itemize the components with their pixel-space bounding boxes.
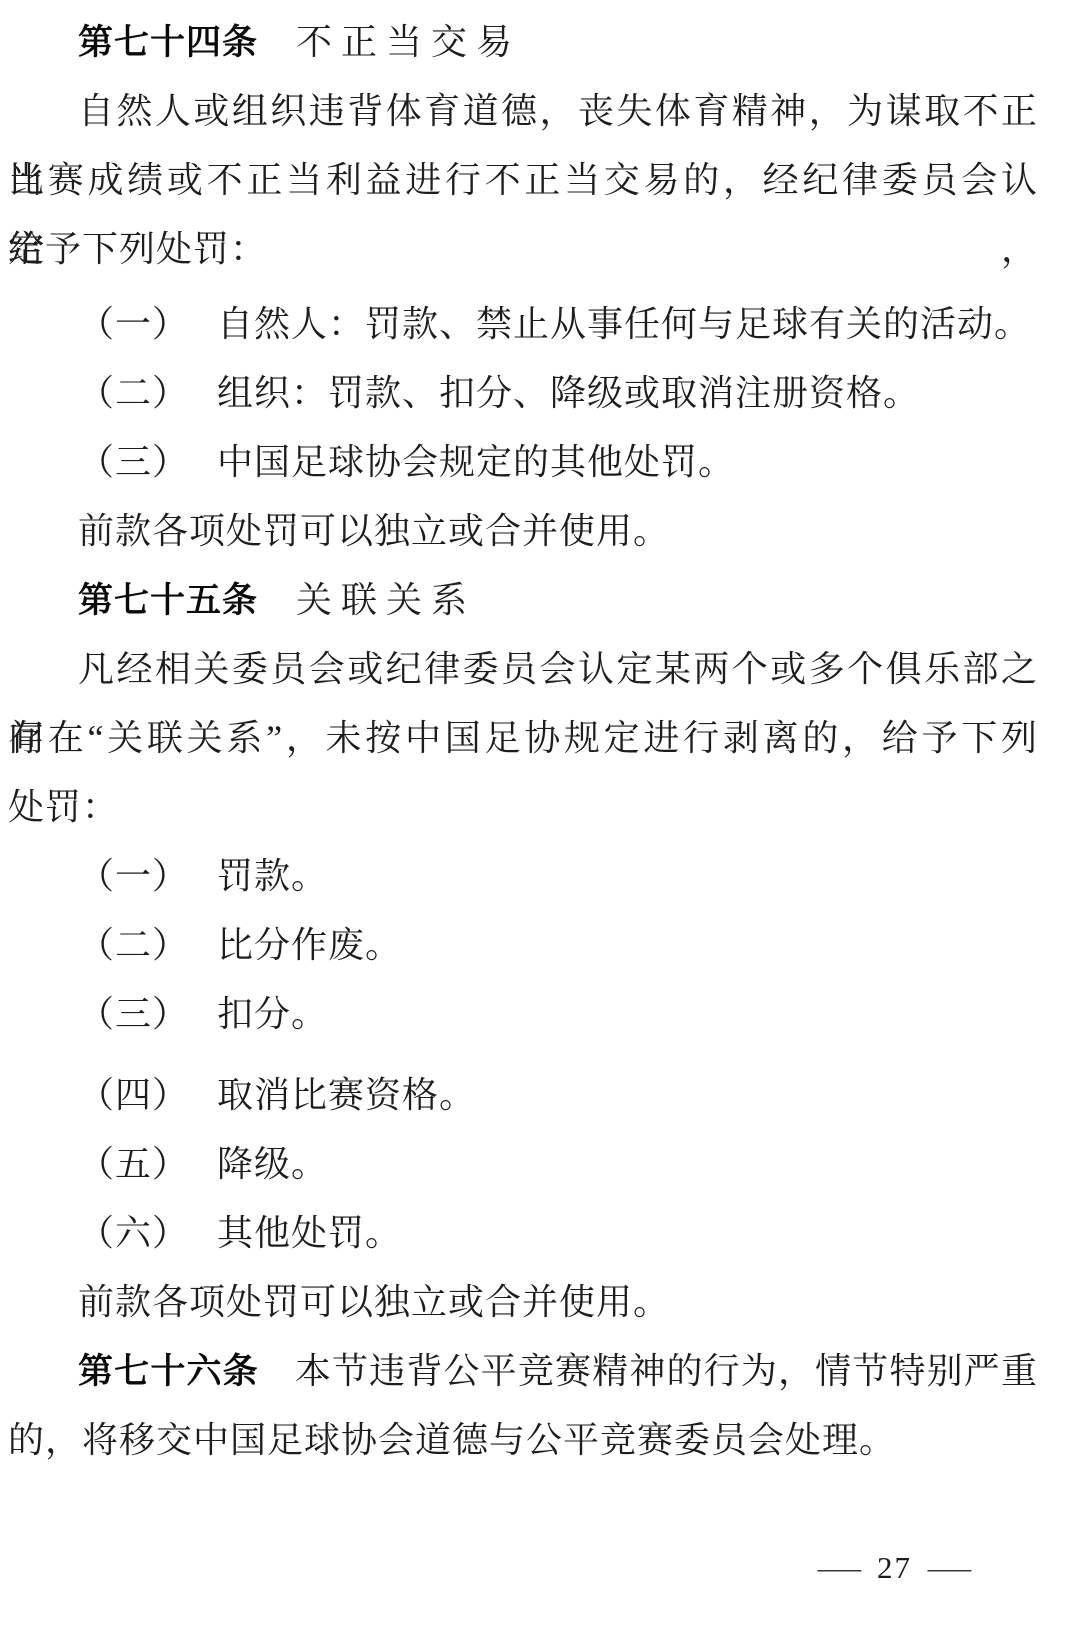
- item-text: 中国足球协会规定的其他处罚。: [217, 442, 735, 482]
- article-74-title: 不正当交易: [296, 22, 521, 62]
- item-text: 取消比赛资格。: [217, 1075, 476, 1115]
- item-text: 扣分。: [217, 994, 328, 1034]
- item-marker: （五）: [78, 1144, 189, 1184]
- article-74-number: 第七十四条: [78, 23, 258, 62]
- article-75-item-3: （三）扣分。: [8, 980, 1038, 1049]
- article-74-closing-line: 前款各项处罚可以独立或合并使用。: [8, 497, 1038, 566]
- item-text: 比分作废。: [217, 925, 402, 965]
- page-number: 27: [877, 1550, 912, 1585]
- item-text: 其他处罚。: [217, 1213, 402, 1253]
- article-74-item-3: （三）中国足球协会规定的其他处罚。: [8, 428, 1038, 497]
- item-marker: （三）: [78, 442, 189, 482]
- article-75-para-line-3: 处罚：: [8, 773, 1038, 842]
- item-marker: （六）: [78, 1213, 189, 1253]
- article-75-item-6: （六）其他处罚。: [8, 1199, 1038, 1268]
- item-text: 自然人：罚款、禁止从事任何与足球有关的活动。: [217, 304, 1031, 344]
- article-74-heading: 第七十四条不正当交易: [8, 8, 1038, 77]
- article-75-title: 关联关系: [296, 580, 476, 620]
- item-text: 罚款。: [217, 856, 328, 896]
- item-text: 降级。: [217, 1144, 328, 1184]
- page-footer: —27—: [824, 1548, 965, 1588]
- item-marker: （一）: [78, 304, 189, 344]
- article-76-line-2: 的，将移交中国足球协会道德与公平竞赛委员会处理。: [8, 1406, 1038, 1475]
- article-74-item-1: （一）自然人：罚款、禁止从事任何与足球有关的活动。: [8, 290, 1038, 359]
- article-75-item-2: （二）比分作废。: [8, 911, 1038, 980]
- article-75-number: 第七十五条: [78, 581, 258, 620]
- article-76-number: 第七十六条: [78, 1352, 259, 1391]
- item-marker: （一）: [78, 856, 189, 896]
- article-75-closing-line: 前款各项处罚可以独立或合并使用。: [8, 1268, 1038, 1337]
- document-page: 第七十四条不正当交易 自然人或组织违背体育道德，丧失体育精神，为谋取不正当 比赛…: [0, 0, 1080, 1633]
- article-74-para-line-1: 自然人或组织违背体育道德，丧失体育精神，为谋取不正当: [8, 77, 1038, 146]
- item-marker: （四）: [78, 1075, 189, 1115]
- article-74-para-line-2: 比赛成绩或不正当利益进行不正当交易的，经纪律委员会认定，: [8, 146, 1038, 215]
- item-marker: （二）: [78, 925, 189, 965]
- article-75-para-line-1: 凡经相关委员会或纪律委员会认定某两个或多个俱乐部之间: [8, 635, 1038, 704]
- article-75-item-1: （一）罚款。: [8, 842, 1038, 911]
- article-76-line-1: 第七十六条本节违背公平竞赛精神的行为，情节特别严重: [8, 1337, 1038, 1406]
- article-75-item-4: （四）取消比赛资格。: [8, 1061, 1038, 1130]
- footer-right-dash: —: [928, 1548, 971, 1588]
- footer-left-dash: —: [818, 1548, 861, 1588]
- item-marker: （二）: [78, 373, 189, 413]
- article-75-para-line-2: 存在“关联关系”，未按中国足协规定进行剥离的，给予下列: [8, 704, 1038, 773]
- article-74-item-2: （二）组织：罚款、扣分、降级或取消注册资格。: [8, 359, 1038, 428]
- item-text: 组织：罚款、扣分、降级或取消注册资格。: [217, 373, 920, 413]
- article-75-heading: 第七十五条关联关系: [8, 566, 1038, 635]
- article-75-item-5: （五）降级。: [8, 1130, 1038, 1199]
- article-76-text: 本节违背公平竞赛精神的行为，情节特别严重: [295, 1351, 1038, 1391]
- item-marker: （三）: [78, 994, 189, 1034]
